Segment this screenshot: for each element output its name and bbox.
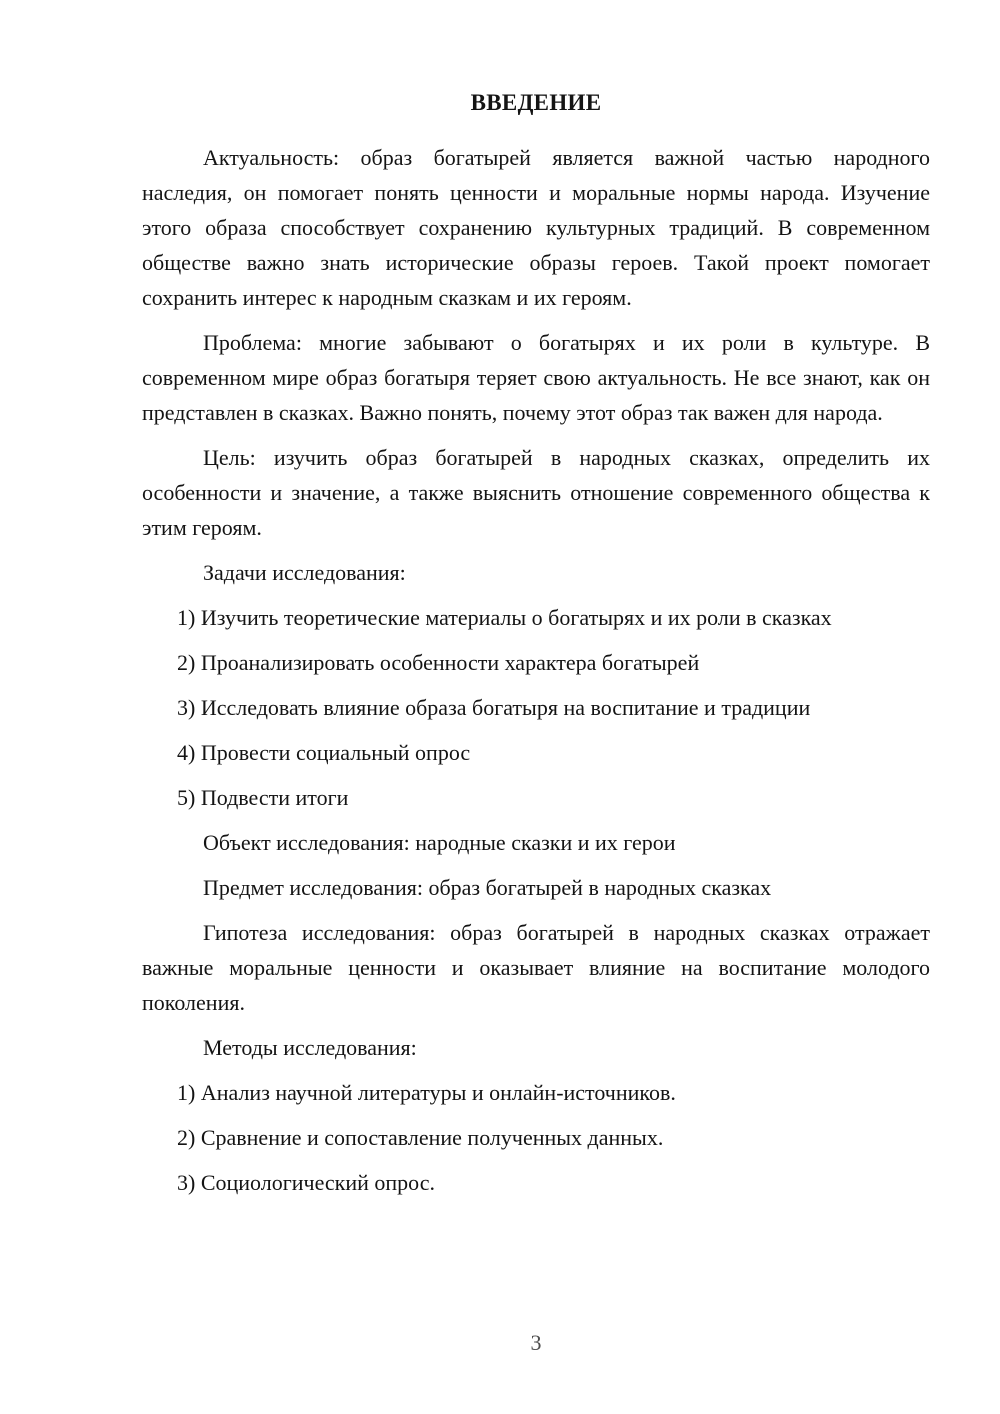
method-item-2: 2) Сравнение и сопоставление полученных … bbox=[142, 1120, 930, 1155]
paragraph-research-object: Объект исследования: народные сказки и и… bbox=[142, 825, 930, 860]
task-item-2: 2) Проанализировать особенности характер… bbox=[142, 645, 930, 680]
paragraph-goal: Цель: изучить образ богатырей в народных… bbox=[142, 440, 930, 545]
task-item-1: 1) Изучить теоретические материалы о бог… bbox=[142, 600, 930, 635]
page-content: ВВЕДЕНИЕ Актуальность: образ богатырей я… bbox=[142, 88, 930, 1210]
methods-label: Методы исследования: bbox=[142, 1030, 930, 1065]
document-page: ВВЕДЕНИЕ Актуальность: образ богатырей я… bbox=[0, 0, 1000, 1414]
page-number: 3 bbox=[142, 1328, 930, 1358]
tasks-label: Задачи исследования: bbox=[142, 555, 930, 590]
task-item-5: 5) Подвести итоги bbox=[142, 780, 930, 815]
paragraph-hypothesis: Гипотеза исследования: образ богатырей в… bbox=[142, 915, 930, 1020]
method-item-3: 3) Социологический опрос. bbox=[142, 1165, 930, 1200]
paragraph-relevance: Актуальность: образ богатырей является в… bbox=[142, 140, 930, 315]
paragraph-research-subject: Предмет исследования: образ богатырей в … bbox=[142, 870, 930, 905]
paragraph-problem: Проблема: многие забывают о богатырях и … bbox=[142, 325, 930, 430]
task-item-3: 3) Исследовать влияние образа богатыря н… bbox=[142, 690, 930, 725]
method-item-1: 1) Анализ научной литературы и онлайн-ис… bbox=[142, 1075, 930, 1110]
task-item-4: 4) Провести социальный опрос bbox=[142, 735, 930, 770]
section-heading: ВВЕДЕНИЕ bbox=[142, 88, 930, 118]
